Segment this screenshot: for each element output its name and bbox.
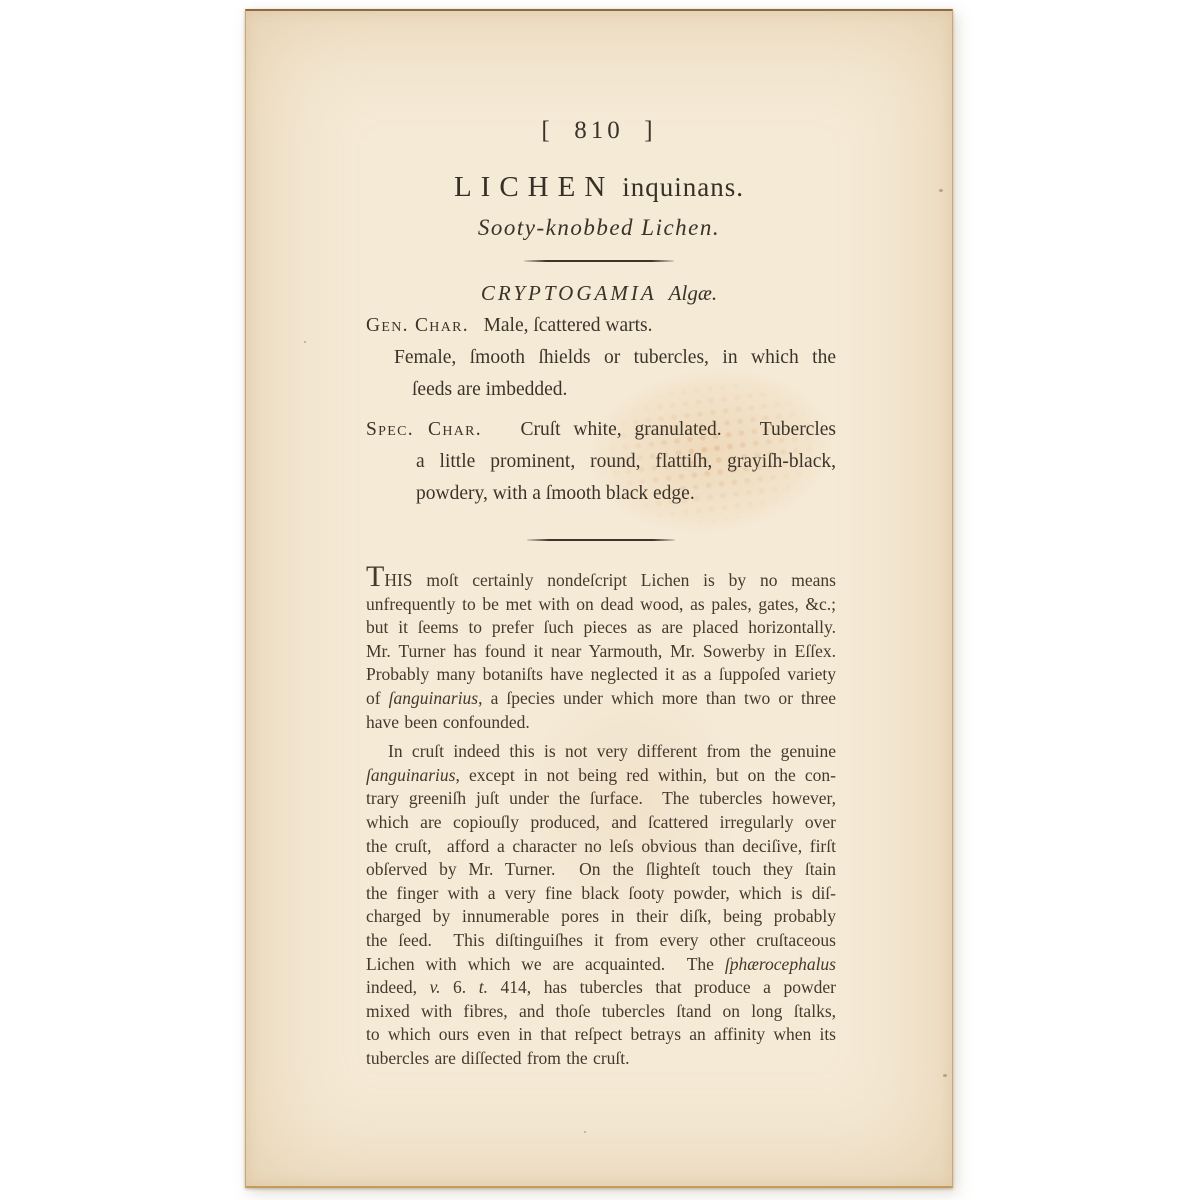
title-genus: LICHEN xyxy=(454,171,614,203)
text-line: tubercles are diſſected from the cruſt. xyxy=(366,1047,836,1071)
divider-rule-middle-wrap xyxy=(366,539,836,541)
text-segment: T xyxy=(366,560,384,593)
text-line: the cruſt, afford a character no leſs ob… xyxy=(366,835,836,859)
text-segment: In cruſt indeed this is not very differe… xyxy=(388,741,836,761)
text-segment: 6. xyxy=(440,977,478,997)
text-segment: the cruſt, afford a character no leſs ob… xyxy=(366,836,836,856)
text-segment: obſerved by Mr. Turner. On the ſlighteſt… xyxy=(366,859,836,879)
text-line: Spec. Char. Cruſt white, granulated. Tub… xyxy=(366,414,836,446)
text-line: have been confounded. xyxy=(366,711,836,735)
divider-rule-top xyxy=(524,260,674,262)
text-segment: but it ſeems to prefer ſuch pieces as ar… xyxy=(366,617,836,637)
text-line: of ſanguinarius, a ſpecies under which m… xyxy=(366,687,836,711)
text-line: powdery, with a ſmooth black edge. xyxy=(366,478,836,510)
text-line: Mr. Turner has found it near Yarmouth, M… xyxy=(366,640,836,664)
text-segment: ſanguinarius xyxy=(366,765,455,785)
text-segment: charged by innumerable pores in their di… xyxy=(366,906,836,926)
text-line: which are copiouſly produced, and ſcatte… xyxy=(366,811,836,835)
text-segment: mixed with fibres, and thoſe tubercles ſ… xyxy=(366,1001,836,1021)
text-segment: unfrequently to be met with on dead wood… xyxy=(366,594,836,614)
text-segment: ſanguinarius xyxy=(389,688,478,708)
text-segment: powdery, with a ſmooth black edge. xyxy=(416,483,695,504)
paragraph-1: THIS moſt certainly nondeſcript Lichen i… xyxy=(366,565,836,734)
body-paragraphs: THIS moſt certainly nondeſcript Lichen i… xyxy=(366,565,836,1070)
text-line: In cruſt indeed this is not very differe… xyxy=(366,740,836,764)
text-line: charged by innumerable pores in their di… xyxy=(366,905,836,929)
page-number: [ 810 ] xyxy=(246,117,952,145)
text-segment: indeed, xyxy=(366,977,430,997)
text-segment: Male, ſcattered warts. xyxy=(469,315,653,336)
text-line: the ſeed. This diſtinguiſhes it from eve… xyxy=(366,929,836,953)
text-line: trary greeniſh juſt under the ſurface. T… xyxy=(366,787,836,811)
text-segment: 414, has tubercles that produce a powder xyxy=(488,977,836,997)
text-segment: have been confounded. xyxy=(366,712,530,732)
title-species: inquinans. xyxy=(622,172,744,202)
scan-canvas: [ 810 ] LICHENinquinans. Sooty-knobbed L… xyxy=(0,0,1200,1200)
text-segment: ſphærocephalus xyxy=(725,954,836,974)
text-segment: t. xyxy=(479,977,488,997)
text-line: unfrequently to be met with on dead wood… xyxy=(366,593,836,617)
text-segment: trary greeniſh juſt under the ſurface. T… xyxy=(366,788,836,808)
common-name-subtitle: Sooty-knobbed Lichen. xyxy=(246,215,952,241)
text-line: obſerved by Mr. Turner. On the ſlighteſt… xyxy=(366,858,836,882)
text-segment: v. xyxy=(430,977,441,997)
text-segment: Lichen with which we are acquainted. The xyxy=(366,954,725,974)
text-line: indeed, v. 6. t. 414, has tubercles that… xyxy=(366,976,836,1000)
text-line: mixed with fibres, and thoſe tubercles ſ… xyxy=(366,1000,836,1024)
text-segment: tubercles are diſſected from the cruſt. xyxy=(366,1048,630,1068)
text-line: the finger with a very fine black ſooty … xyxy=(366,882,836,906)
text-line: to which ours even in that reſpect betra… xyxy=(366,1023,836,1047)
text-line: ſanguinarius, except in not being red wi… xyxy=(366,764,836,788)
foxing-speck xyxy=(943,1074,947,1077)
text-segment: HIS moſt certainly nondeſcript Lichen is… xyxy=(384,570,836,590)
text-line: Probably many botaniſts have neglected i… xyxy=(366,663,836,687)
foxing-speck xyxy=(584,1131,586,1133)
text-segment: the finger with a very fine black ſooty … xyxy=(366,883,836,903)
text-segment: a little prominent, round, flattiſh, gra… xyxy=(416,451,836,472)
text-segment: Cruſt white, granulated. Tubercles xyxy=(482,419,836,440)
text-segment: ſeeds are imbedded. xyxy=(412,379,567,400)
spec-char-block: Spec. Char. Cruſt white, granulated. Tub… xyxy=(366,414,836,510)
text-line: Gen. Char. Male, ſcattered warts. xyxy=(366,310,836,342)
text-segment: Spec. Char. xyxy=(366,419,482,440)
foxing-speck xyxy=(304,341,306,343)
text-line: THIS moſt certainly nondeſcript Lichen i… xyxy=(366,565,836,593)
paragraph-2: In cruſt indeed this is not very differe… xyxy=(366,740,836,1070)
character-blocks: Gen. Char. Male, ſcattered warts.Female,… xyxy=(366,310,836,510)
text-segment: of xyxy=(366,688,389,708)
taxonomy-section: CRYPTOGAMIAAlgæ. xyxy=(246,281,952,306)
text-line: but it ſeems to prefer ſuch pieces as ar… xyxy=(366,616,836,640)
text-line: Lichen with which we are acquainted. The… xyxy=(366,953,836,977)
text-line: Female, ſmooth ſhields or tubercles, in … xyxy=(366,342,836,374)
book-page: [ 810 ] LICHENinquinans. Sooty-knobbed L… xyxy=(245,9,953,1188)
text-segment: Probably many botaniſts have neglected i… xyxy=(366,664,836,684)
divider-rule-middle xyxy=(527,539,675,541)
taxonomy-class: CRYPTOGAMIA xyxy=(481,281,657,305)
text-segment: Gen. Char. xyxy=(366,315,469,336)
text-line: a little prominent, round, flattiſh, gra… xyxy=(366,446,836,478)
text-line: ſeeds are imbedded. xyxy=(366,374,836,406)
text-segment: , a ſpecies under which more than two or… xyxy=(478,688,836,708)
text-segment: Female, ſmooth ſhields or tubercles, in … xyxy=(394,347,836,368)
text-segment: the ſeed. This diſtinguiſhes it from eve… xyxy=(366,930,836,950)
taxonomy-order: Algæ. xyxy=(669,281,717,305)
text-segment: which are copiouſly produced, and ſcatte… xyxy=(366,812,836,832)
text-segment: , except in not being red within, but on… xyxy=(455,765,836,785)
text-segment: Mr. Turner has found it near Yarmouth, M… xyxy=(366,641,836,661)
page-title: LICHENinquinans. xyxy=(246,171,952,204)
text-segment: to which ours even in that reſpect betra… xyxy=(366,1024,836,1044)
gen-char-block: Gen. Char. Male, ſcattered warts.Female,… xyxy=(366,310,836,406)
